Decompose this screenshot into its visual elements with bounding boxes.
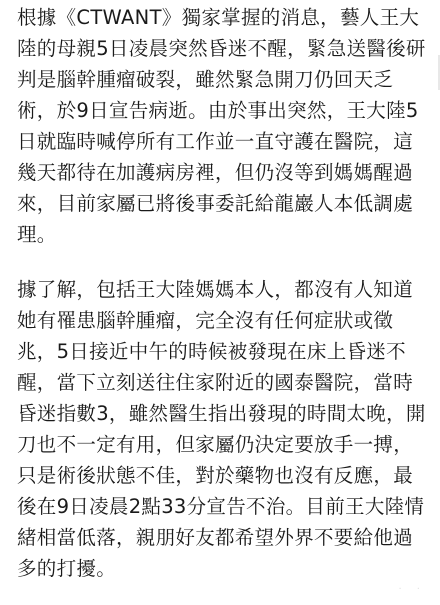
text-line: 後在9日凌晨2點33分宣告不治。目前王大陸情	[17, 491, 425, 522]
text-line: 術，於9日宣告病逝。由於事出突然，王大陸5	[17, 95, 425, 126]
paragraph-1: 根據《CTWANT》獨家掌握的消息，藝人王大 陸的母親5日凌晨突然昏迷不醒，緊急…	[17, 2, 425, 250]
text-line: 陸的母親5日凌晨突然昏迷不醒，緊急送醫後研	[17, 33, 425, 64]
watermark: · ·	[398, 584, 426, 595]
text-line: 刀也不一定有用，但家屬仍決定要放手一搏，	[17, 429, 425, 460]
text-line: 緒相當低落，親朋好友都希望外界不要給他過	[17, 522, 425, 553]
paragraph-2: 據了解，包括王大陸媽媽本人，都沒有人知道 她有罹患腦幹腫瘤，完全沒有任何症狀或徵…	[17, 274, 425, 584]
text-line: 多的打擾。	[17, 553, 425, 584]
text-line: 根據《CTWANT》獨家掌握的消息，藝人王大	[17, 2, 425, 33]
text-line: 日就臨時喊停所有工作並一直守護在醫院，這	[17, 126, 425, 157]
text-line: 據了解，包括王大陸媽媽本人，都沒有人知道	[17, 274, 425, 305]
article-body: 根據《CTWANT》獨家掌握的消息，藝人王大 陸的母親5日凌晨突然昏迷不醒，緊急…	[17, 2, 425, 584]
text-line: 只是術後狀態不佳，對於藥物也沒有反應，最	[17, 460, 425, 491]
text-line: 幾天都待在加護病房裡，但仍沒等到媽媽醒過	[17, 157, 425, 188]
text-line: 她有罹患腦幹腫瘤，完全沒有任何症狀或徵	[17, 305, 425, 336]
text-line: 昏迷指數3，雖然醫生指出發現的時間太晚，開	[17, 398, 425, 429]
text-line: 醒，當下立刻送往住家附近的國泰醫院，當時	[17, 367, 425, 398]
text-line: 兆，5日接近中午的時候被發現在床上昏迷不	[17, 336, 425, 367]
text-line: 判是腦幹腫瘤破裂，雖然緊急開刀仍回天乏	[17, 64, 425, 95]
text-line: 來，目前家屬已將後事委託給龍巖人本低調處	[17, 188, 425, 219]
text-line: 理。	[17, 219, 425, 250]
